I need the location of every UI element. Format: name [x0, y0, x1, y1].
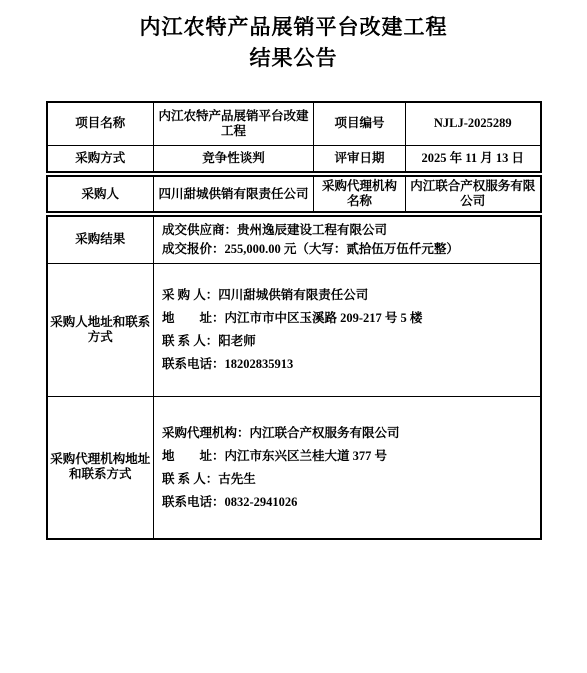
table-row-purchaser-contact: 采购人地址和联系方式 采 购 人：四川甜城供销有限责任公司 地 址：内江市市中区…: [47, 263, 541, 396]
page-title: 内江农特产品展销平台改建工程 结果公告: [0, 12, 587, 74]
purchaser-phone-line: 联系电话：18202835913: [162, 356, 536, 372]
procurement-method-label: 采购方式: [47, 145, 154, 174]
project-number-label: 项目编号: [314, 102, 406, 145]
purchaser-contact-person-line: 联 系 人：阳老师: [162, 333, 536, 349]
result-supplier-line: 成交供应商：贵州逸辰建设工程有限公司: [162, 222, 536, 238]
table-row-purchaser: 采购人 四川甜城供销有限责任公司 采购代理机构名称 内江联合产权服务有限公司: [47, 174, 541, 214]
agency-name-value: 内江联合产权服务有限公司: [406, 174, 541, 214]
purchaser-contact-label: 采购人地址和联系方式: [47, 263, 154, 396]
agency-name-label: 采购代理机构名称: [314, 174, 406, 214]
table-row-agency-contact: 采购代理机构地址和联系方式 采购代理机构：内江联合产权服务有限公司 地 址：内江…: [47, 396, 541, 539]
purchaser-address-line: 地 址：内江市市中区玉溪路 209-217 号 5 楼: [162, 310, 536, 326]
project-number-value: NJLJ-2025289: [406, 102, 541, 145]
procurement-method-value: 竞争性谈判: [154, 145, 314, 174]
table-row-result: 采购结果 成交供应商：贵州逸辰建设工程有限公司 成交报价：255,000.00 …: [47, 214, 541, 263]
agency-address-line: 地 址：内江市东兴区兰桂大道 377 号: [162, 448, 536, 464]
agency-contact-content: 采购代理机构：内江联合产权服务有限公司 地 址：内江市东兴区兰桂大道 377 号…: [154, 396, 541, 539]
project-name-label: 项目名称: [47, 102, 154, 145]
agency-contact-label: 采购代理机构地址和联系方式: [47, 396, 154, 539]
project-name-value: 内江农特产品展销平台改建工程: [154, 102, 314, 145]
announcement-page: 内江农特产品展销平台改建工程 结果公告 项目名称 内江农特产品展销平台改建工程 …: [0, 0, 587, 673]
review-date-label: 评审日期: [314, 145, 406, 174]
table-row-project: 项目名称 内江农特产品展销平台改建工程 项目编号 NJLJ-2025289: [47, 102, 541, 145]
result-label: 采购结果: [47, 214, 154, 263]
announcement-table: 项目名称 内江农特产品展销平台改建工程 项目编号 NJLJ-2025289 采购…: [46, 101, 542, 540]
purchaser-name-line: 采 购 人：四川甜城供销有限责任公司: [162, 287, 536, 303]
table-row-method: 采购方式 竞争性谈判 评审日期 2025 年 11 月 13 日: [47, 145, 541, 174]
result-price-line: 成交报价：255,000.00 元（大写：贰拾伍万伍仟元整）: [162, 241, 536, 257]
review-date-value: 2025 年 11 月 13 日: [406, 145, 541, 174]
agency-phone-line: 联系电话：0832-2941026: [162, 494, 536, 510]
result-content: 成交供应商：贵州逸辰建设工程有限公司 成交报价：255,000.00 元（大写：…: [154, 214, 541, 263]
page-title-line2: 结果公告: [0, 43, 587, 74]
page-title-line1: 内江农特产品展销平台改建工程: [0, 12, 587, 43]
purchaser-value: 四川甜城供销有限责任公司: [154, 174, 314, 214]
purchaser-label: 采购人: [47, 174, 154, 214]
purchaser-contact-content: 采 购 人：四川甜城供销有限责任公司 地 址：内江市市中区玉溪路 209-217…: [154, 263, 541, 396]
agency-name-line: 采购代理机构：内江联合产权服务有限公司: [162, 425, 536, 441]
agency-contact-person-line: 联 系 人：古先生: [162, 471, 536, 487]
